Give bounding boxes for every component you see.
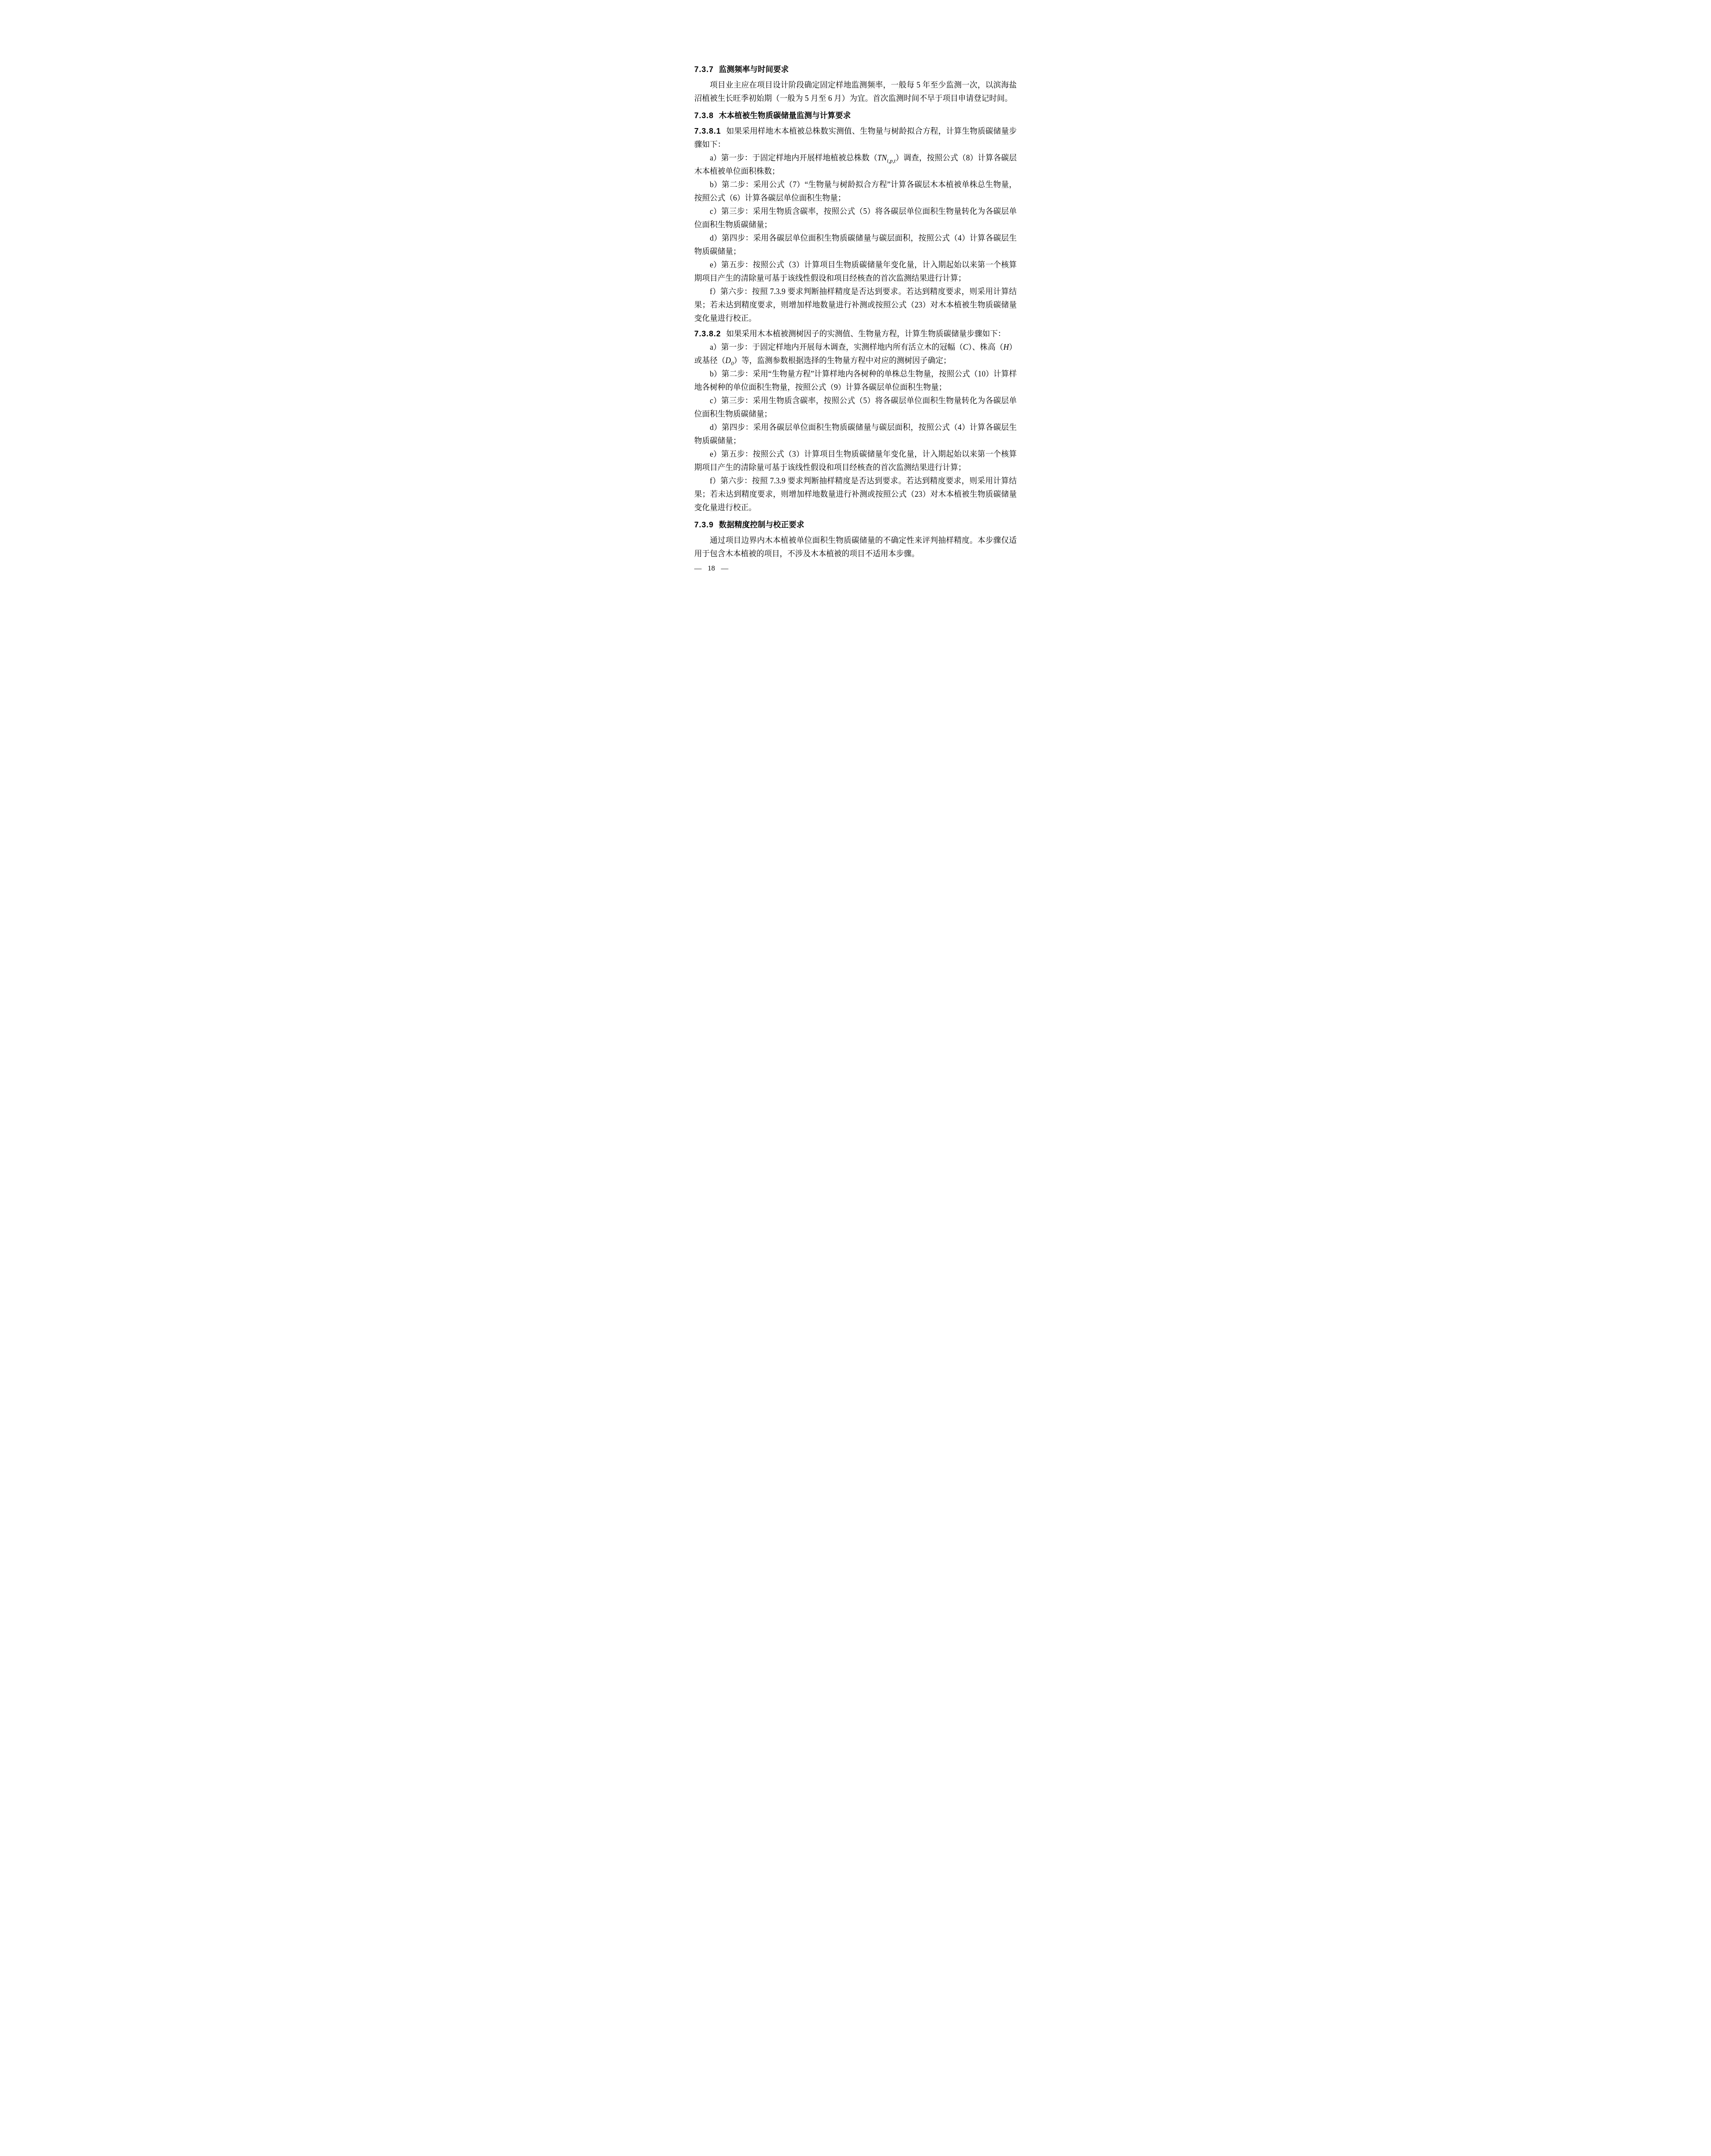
page-content: 7.3.7监测频率与时间要求 项目业主应在项目设计阶段确定固定样地监测频率，一般…: [694, 63, 1017, 561]
step-1-a: a）第一步：于固定样地内开展样地植被总株数（TNi,p,t）调查，按照公式（8）…: [694, 151, 1017, 178]
step-text: a）第一步：于固定样地内开展样地植被总株数（: [710, 154, 878, 162]
section-number: 7.3.9: [694, 520, 714, 529]
page-footer: —18—: [694, 561, 729, 575]
clause-7-3-8-2: 7.3.8.2如果采用木本植被测树因子的实测值、生物量方程，计算生物质碳储量步骤…: [694, 327, 1017, 341]
section-title: 监测频率与时间要求: [719, 65, 789, 74]
step-2-f: f）第六步：按照 7.3.9 要求判断抽样精度是否达到要求。若达到精度要求，则采…: [694, 474, 1017, 514]
section-heading-7-3-8: 7.3.8木本植被生物质碳储量监测与计算要求: [694, 109, 1017, 122]
step-2-a: a）第一步：于固定样地内开展每木调查，实测样地内所有活立木的冠幅（C）、株高（H…: [694, 341, 1017, 367]
variable-basal-diameter: D: [726, 356, 731, 365]
paragraph-7-3-9: 通过项目边界内木本植被单位面积生物质碳储量的不确定性来评判抽样精度。本步骤仅适用…: [694, 534, 1017, 561]
variable-height: H: [1003, 343, 1009, 351]
section-heading-7-3-7: 7.3.7监测频率与时间要求: [694, 63, 1017, 76]
document-page: 7.3.7监测频率与时间要求 项目业主应在项目设计阶段确定固定样地监测频率，一般…: [642, 0, 1070, 605]
step-text: ）等，监测参数根据选择的生物量方程中对应的测树因子确定；: [734, 356, 951, 365]
step-1-b: b）第二步：采用公式（7）“生物量与树龄拟合方程”计算各碳层木本植被单株总生物量…: [694, 178, 1017, 205]
step-1-c: c）第三步：采用生物质含碳率，按照公式（5）将各碳层单位面积生物量转化为各碳层单…: [694, 205, 1017, 232]
step-2-c: c）第三步：采用生物质含碳率，按照公式（5）将各碳层单位面积生物量转化为各碳层单…: [694, 394, 1017, 421]
section-title: 木本植被生物质碳储量监测与计算要求: [719, 111, 851, 120]
footer-left-dash: —: [694, 564, 702, 572]
page-number: 18: [708, 564, 715, 572]
step-2-b: b）第二步：采用“生物量方程”计算样地内各树种的单株总生物量，按照公式（10）计…: [694, 367, 1017, 394]
variable-tn: TN: [877, 154, 887, 162]
variable-tn-subscript: i,p,t: [887, 157, 895, 164]
clause-text: 如果采用木本植被测树因子的实测值、生物量方程，计算生物质碳储量步骤如下：: [726, 329, 1006, 338]
clause-7-3-8-1: 7.3.8.1如果采用样地木本植被总株数实测值、生物量与树龄拟合方程，计算生物质…: [694, 125, 1017, 151]
step-2-e: e）第五步：按照公式（3）计算项目生物质碳储量年变化量，计入期起始以来第一个核算…: [694, 448, 1017, 474]
section-number: 7.3.8: [694, 111, 714, 120]
clause-text: 如果采用样地木本植被总株数实测值、生物量与树龄拟合方程，计算生物质碳储量步骤如下…: [694, 127, 1017, 149]
step-2-d: d）第四步：采用各碳层单位面积生物质碳储量与碳层面积，按照公式（4）计算各碳层生…: [694, 421, 1017, 448]
clause-number: 7.3.8.1: [694, 127, 721, 135]
step-text: ）、株高（: [968, 343, 1004, 351]
step-1-e: e）第五步：按照公式（3）计算项目生物质碳储量年变化量，计入期起始以来第一个核算…: [694, 258, 1017, 285]
section-heading-7-3-9: 7.3.9数据精度控制与校正要求: [694, 518, 1017, 532]
section-title: 数据精度控制与校正要求: [719, 520, 804, 529]
variable-crown-width: C: [963, 343, 968, 351]
step-1-f: f）第六步：按照 7.3.9 要求判断抽样精度是否达到要求。若达到精度要求，则采…: [694, 285, 1017, 325]
paragraph-7-3-7: 项目业主应在项目设计阶段确定固定样地监测频率，一般每 5 年至少监测一次，以滨海…: [694, 78, 1017, 105]
step-1-d: d）第四步：采用各碳层单位面积生物质碳储量与碳层面积，按照公式（4）计算各碳层生…: [694, 232, 1017, 258]
clause-number: 7.3.8.2: [694, 329, 721, 338]
footer-right-dash: —: [721, 564, 729, 572]
step-text: a）第一步：于固定样地内开展每木调查，实测样地内所有活立木的冠幅（: [710, 343, 963, 351]
section-number: 7.3.7: [694, 65, 714, 74]
